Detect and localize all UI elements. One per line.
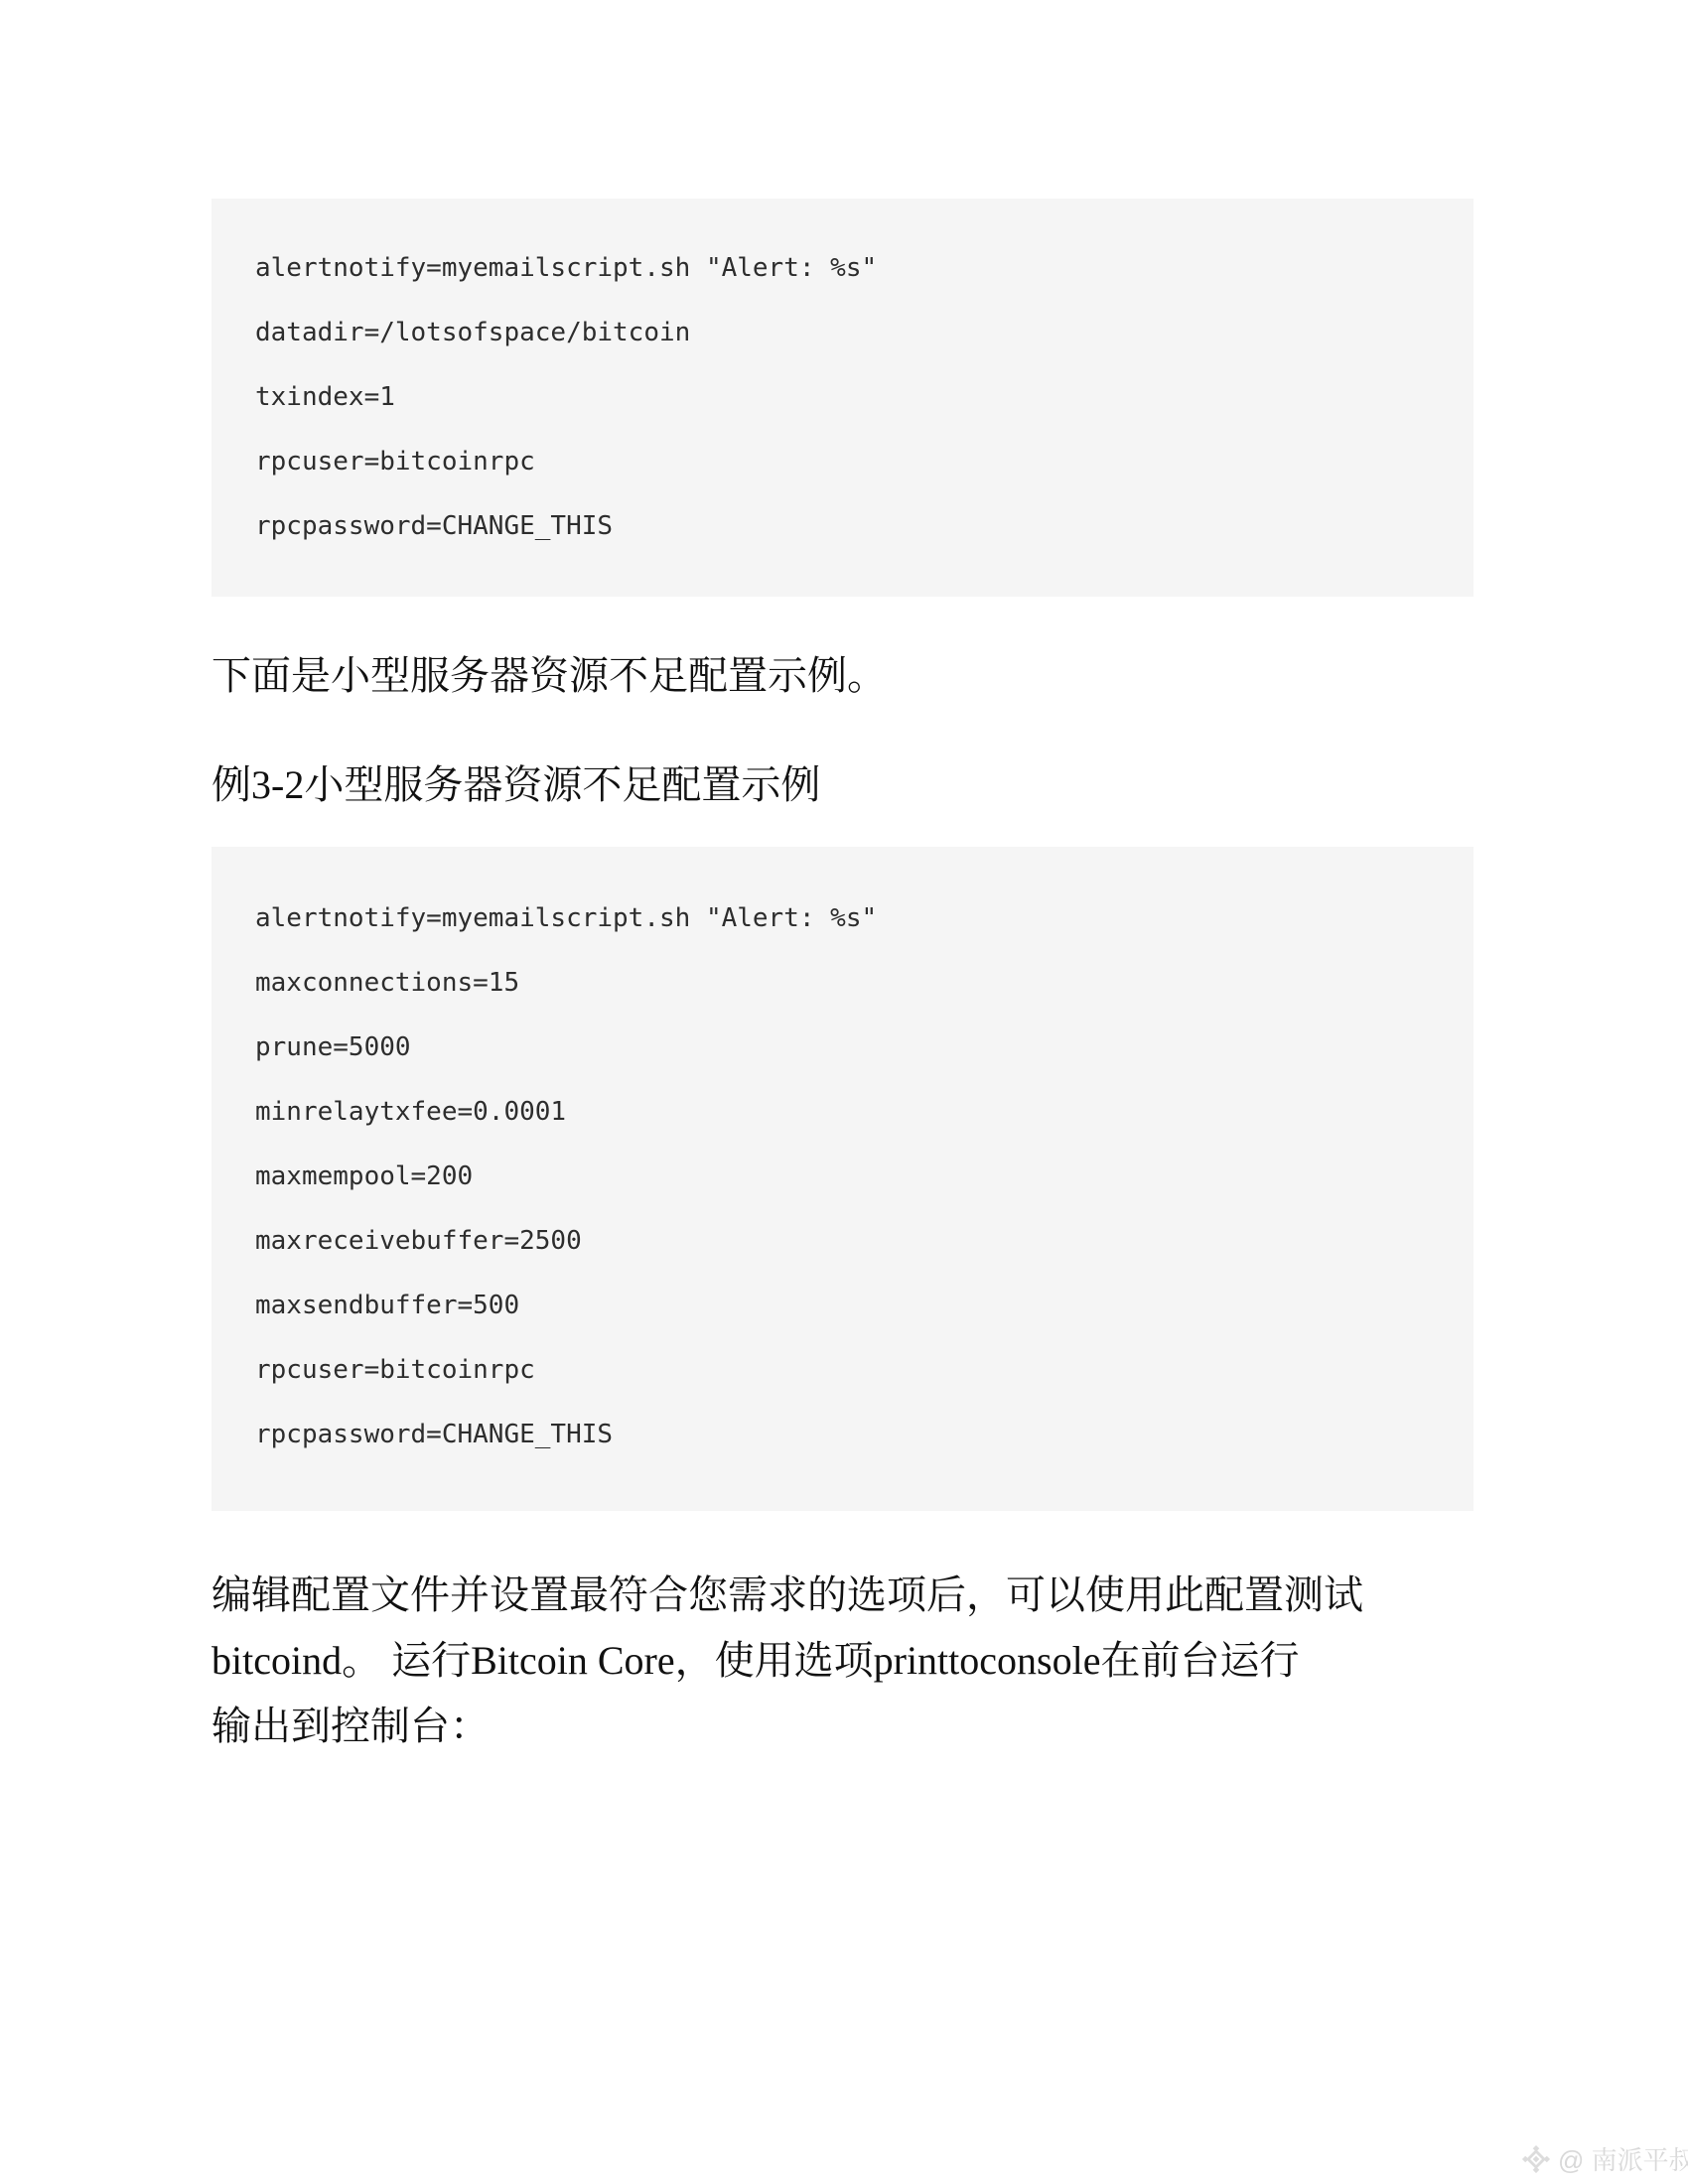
code-line: maxreceivebuffer=2500 xyxy=(211,1209,1474,1274)
paragraph-line: 编辑配置文件并设置最符合您需求的选项后，可以使用此配置测试 xyxy=(211,1563,1542,1628)
config-code-block-small-server: alertnotify=myemailscript.sh "Alert: %s"… xyxy=(211,847,1474,1511)
code-line: rpcuser=bitcoinrpc xyxy=(211,430,1474,494)
code-line: alertnotify=myemailscript.sh "Alert: %s" xyxy=(211,236,1474,301)
code-line: datadir=/lotsofspace/bitcoin xyxy=(211,301,1474,365)
document-page: alertnotify=myemailscript.sh "Alert: %s"… xyxy=(0,0,1688,2184)
paragraph-intro: 下面是小型服务器资源不足配置示例。 xyxy=(211,643,1522,709)
code-line: rpcpassword=CHANGE_THIS xyxy=(211,1403,1474,1467)
code-line: rpcpassword=CHANGE_THIS xyxy=(211,494,1474,559)
paragraph-line: bitcoind。 运行Bitcoin Core，使用选项printtocons… xyxy=(211,1628,1542,1694)
code-line: alertnotify=myemailscript.sh "Alert: %s" xyxy=(211,887,1474,951)
paragraph-run-bitcoind: 编辑配置文件并设置最符合您需求的选项后，可以使用此配置测试 bitcoind。 … xyxy=(211,1563,1542,1759)
config-code-block-full-node: alertnotify=myemailscript.sh "Alert: %s"… xyxy=(211,199,1474,597)
code-line: maxsendbuffer=500 xyxy=(211,1274,1474,1338)
watermark-handle: @ 南派平叔 xyxy=(1558,2140,1688,2177)
code-line: prune=5000 xyxy=(211,1016,1474,1080)
example-caption: 例3-2小型服务器资源不足配置示例 xyxy=(211,752,1522,818)
code-line: rpcuser=bitcoinrpc xyxy=(211,1338,1474,1403)
code-line: minrelaytxfee=0.0001 xyxy=(211,1080,1474,1145)
code-line: txindex=1 xyxy=(211,365,1474,430)
watermark: @ 南派平叔 xyxy=(1521,2140,1688,2177)
code-line: maxmempool=200 xyxy=(211,1145,1474,1209)
code-line: maxconnections=15 xyxy=(211,951,1474,1016)
binance-diamond-icon xyxy=(1521,2144,1551,2174)
paragraph-line: 输出到控制台： xyxy=(211,1694,1542,1759)
